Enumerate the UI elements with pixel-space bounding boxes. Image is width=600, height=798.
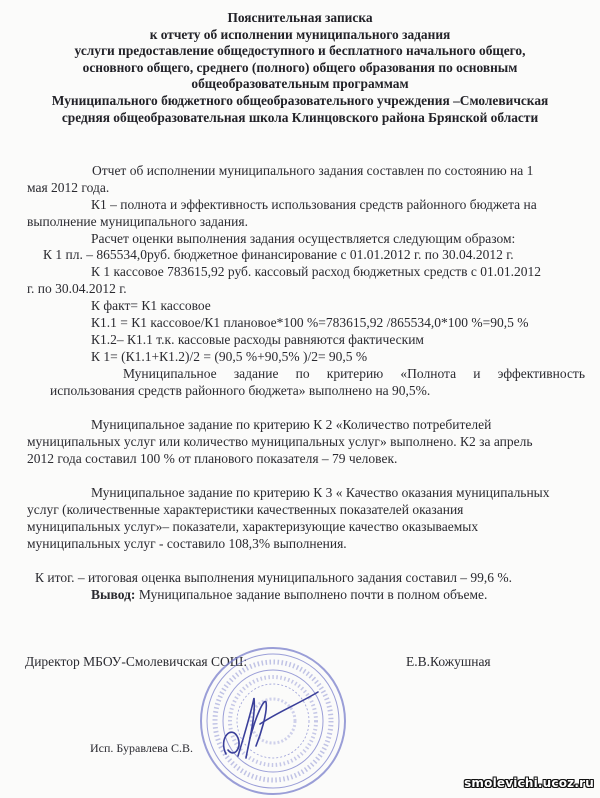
k2-result: 2012 года составил 100 % от планового по… [27, 451, 397, 467]
report-date-line: мая 2012 года. [27, 180, 109, 196]
k1-definition: выполнение муниципального задания. [27, 214, 248, 230]
header-line: основного общего, среднего (полного) общ… [0, 60, 600, 77]
scanned-document: Пояснительная записка к отчету об исполн… [0, 0, 600, 798]
k1-cash: К 1 кассовое 783615,92 руб. кассовый рас… [91, 264, 541, 280]
document-header: Пояснительная записка к отчету об исполн… [0, 10, 600, 126]
header-line: общеобразовательным программам [0, 76, 600, 93]
conclusion-label: Вывод: [91, 587, 135, 602]
k1-result: Муниципальное задание по критерию «Полно… [123, 366, 585, 382]
header-line: Муниципального бюджетного общеобразовате… [0, 93, 600, 110]
header-line: средняя общеобразовательная школа Клинцо… [0, 110, 600, 127]
k-fact: К факт= К1 кассовое [91, 298, 211, 314]
k1-cash: г. по 30.04.2012 г. [27, 281, 127, 297]
conclusion-text: Муниципальное задание выполнено почти в … [135, 587, 487, 602]
k1-plan: К 1 пл. – 865534,0руб. бюджетное финанси… [43, 247, 514, 263]
k1-2-formula: К1.2– К1.1 т.к. кассовые расходы равняют… [91, 332, 424, 348]
official-stamp-icon [198, 646, 348, 796]
k-total: К итог. – итоговая оценка выполнения мун… [35, 570, 512, 586]
header-title: Пояснительная записка [0, 10, 600, 27]
calc-intro: Расчет оценки выполнения задания осущест… [91, 231, 515, 247]
k1-1-formula: К1.1 = К1 кассовое/К1 плановое*100 %=783… [91, 315, 528, 331]
executor-name: Исп. Буравлева С.В. [90, 740, 193, 756]
header-line: к отчету об исполнении муниципального за… [0, 27, 600, 44]
conclusion: Вывод: Муниципальное задание выполнено п… [91, 587, 487, 603]
header-line: услуги предоставление общедоступного и б… [0, 43, 600, 60]
k3-result: муниципальных услуг - составило 108,3% в… [27, 536, 347, 552]
k2-result: Муниципальное задание по критерию К 2 «К… [91, 417, 491, 433]
k1-result: использования средств районного бюджета»… [50, 383, 430, 399]
k3-result: Муниципальное задание по критерию К 3 « … [91, 485, 550, 501]
report-date-line: Отчет об исполнении муниципального задан… [92, 163, 533, 179]
k3-result: услуг (количественные характеристики кач… [27, 502, 463, 518]
k1-definition: К1 – полнота и эффективность использован… [91, 197, 537, 213]
k2-result: муниципальных услуг или количество муниц… [27, 434, 533, 450]
director-name: Е.В.Кожушная [406, 654, 491, 670]
k1-formula: К 1= (К1.1+К1.2)/2 = (90,5 %+90,5% )/2= … [91, 349, 367, 365]
site-watermark: smolevichi.ucoz.ru [464, 776, 594, 790]
k3-result: муниципальных услуг»– показатели, характ… [27, 519, 478, 535]
